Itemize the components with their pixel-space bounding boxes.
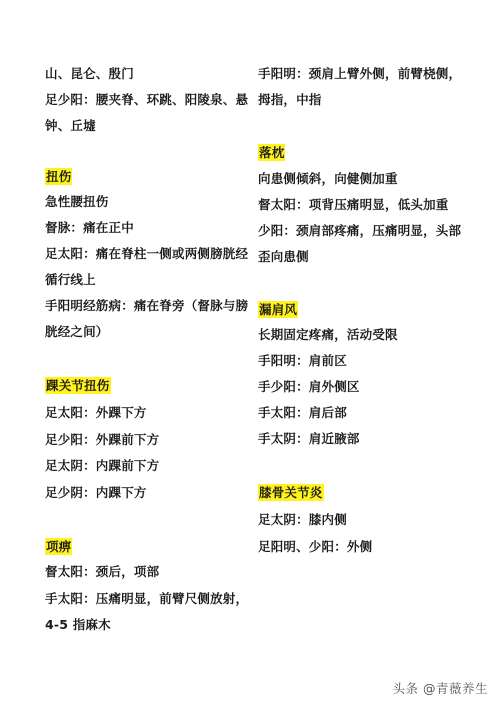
line-text: 歪向患侧 (258, 249, 309, 264)
text-line: 循行线上 (45, 272, 96, 288)
section-heading: 扭伤 (45, 169, 72, 185)
watermark: 头条 @青薇养生 (393, 679, 488, 697)
line-text: 足少阳：腰夹脊、环跳、阳陵泉、悬 (45, 92, 248, 107)
text-line: 胱经之间） (45, 324, 109, 340)
text-line: 足太阴：内踝前下方 (45, 458, 159, 474)
line-text: 循行线上 (45, 272, 96, 287)
text-line: 少阳：颈肩部疼痛，压痛明显，头部 (258, 223, 461, 239)
text-line: 山、昆仑、殷门 (45, 66, 134, 82)
section-heading: 踝关节扭伤 (45, 378, 111, 394)
section-heading: 膝骨关节炎 (258, 485, 324, 501)
text-line: 歪向患侧 (258, 249, 309, 265)
line-text: 长期固定疼痛，活动受限 (258, 327, 398, 342)
text-line: 长期固定疼痛，活动受限 (258, 327, 398, 343)
text-line: 足太阳：痛在脊柱一侧或两侧膀胱经 (45, 246, 248, 262)
text-line: 手少阳：肩外侧区 (258, 379, 360, 395)
line-text: 足少阴：内踝下方 (45, 485, 147, 500)
line-text: 足太阳：外踝下方 (45, 405, 147, 420)
text-line: 督太阳：项背压痛明显，低头加重 (258, 197, 449, 213)
line-text: 手少阳：肩外侧区 (258, 379, 360, 394)
line-text: 向患侧倾斜，向健侧加重 (258, 171, 398, 186)
section-heading: 落枕 (258, 145, 285, 161)
text-line: 足太阴：膝内侧 (258, 512, 347, 528)
text-line: 手阳明：肩前区 (258, 353, 347, 369)
line-text: 拇指，中指 (258, 92, 322, 107)
text-line: 4-5 指麻木 (45, 617, 111, 633)
line-text: 少阳：颈肩部疼痛，压痛明显，头部 (258, 223, 461, 238)
text-line: 向患侧倾斜，向健侧加重 (258, 171, 398, 187)
text-line: 督脉：痛在正中 (45, 220, 134, 236)
text-line: 拇指，中指 (258, 92, 322, 108)
line-text: 手太阳：肩后部 (258, 405, 347, 420)
heading-text: 膝骨关节炎 (258, 484, 324, 501)
heading-text: 扭伤 (45, 168, 72, 185)
line-text: 钟、丘墟 (45, 118, 96, 133)
line-text: 手阳明经筋病：痛在脊旁（督脉与膀 (45, 298, 248, 313)
line-text: 手阳明：肩前区 (258, 353, 347, 368)
line-text: 手太阴：肩近腋部 (258, 431, 360, 446)
line-text: 督脉：痛在正中 (45, 220, 134, 235)
text-line: 急性腰扭伤 (45, 194, 109, 210)
text-line: 手太阴：肩近腋部 (258, 431, 360, 447)
text-line: 足少阴：内踝下方 (45, 485, 147, 501)
heading-text: 踝关节扭伤 (45, 377, 111, 394)
text-line: 手阳明：颈肩上臂外侧，前臂桡侧， (258, 66, 461, 82)
text-line: 手太阳：压痛明显，前臂尺侧放射， (45, 591, 248, 607)
text-line: 钟、丘墟 (45, 118, 96, 134)
text-line: 手太阳：肩后部 (258, 405, 347, 421)
text-line: 足少阳：外踝前下方 (45, 432, 159, 448)
line-text: 足太阳：痛在脊柱一侧或两侧膀胱经 (45, 246, 248, 261)
line-text: 手阳明：颈肩上臂外侧，前臂桡侧， (258, 66, 461, 81)
line-text: 足阳明、少阳：外侧 (258, 539, 372, 554)
text-line: 足少阳：腰夹脊、环跳、阳陵泉、悬 (45, 92, 248, 108)
text-line: 足太阳：外踝下方 (45, 405, 147, 421)
text-line: 足阳明、少阳：外侧 (258, 539, 372, 555)
section-heading: 项痹 (45, 539, 72, 555)
line-text: 手太阳：压痛明显，前臂尺侧放射， (45, 591, 248, 606)
line-text: 督太阳：项背压痛明显，低头加重 (258, 197, 449, 212)
text-line: 手阳明经筋病：痛在脊旁（督脉与膀 (45, 298, 248, 314)
heading-text: 项痹 (45, 538, 72, 555)
line-text: 足少阳：外踝前下方 (45, 432, 159, 447)
line-text: 胱经之间） (45, 324, 109, 339)
line-text: 足太阴：膝内侧 (258, 512, 347, 527)
line-text: 督太阳：颈后，项部 (45, 564, 159, 579)
line-text: 急性腰扭伤 (45, 194, 109, 209)
section-heading: 漏肩风 (258, 302, 298, 318)
line-text: 4-5 指麻木 (45, 617, 111, 632)
heading-text: 落枕 (258, 144, 285, 161)
heading-text: 漏肩风 (258, 301, 298, 318)
line-text: 山、昆仑、殷门 (45, 66, 134, 81)
text-line: 督太阳：颈后，项部 (45, 564, 159, 580)
line-text: 足太阴：内踝前下方 (45, 458, 159, 473)
